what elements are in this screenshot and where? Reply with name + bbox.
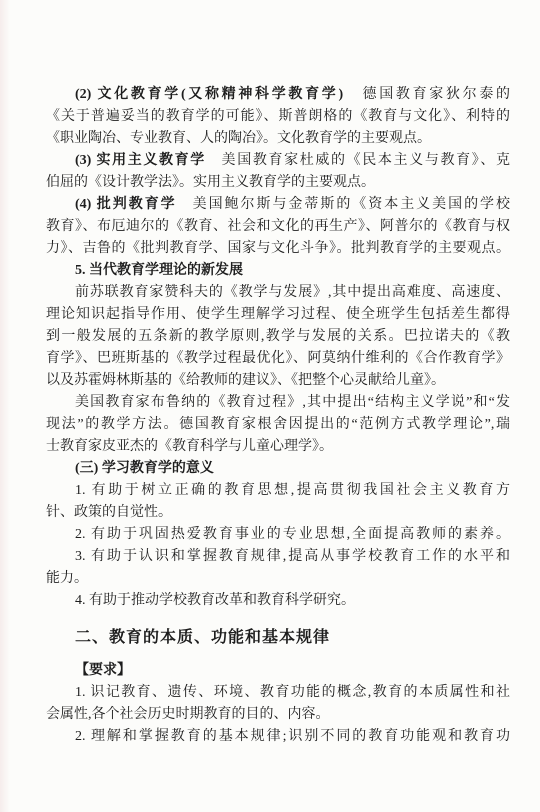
text-run: 3. 有助于认识和掌握教育规律,提高从事学校教育工作的水平和 <box>75 549 510 564</box>
text-line: 士教育家皮亚杰的《教育科学与儿童心理学》。 <box>46 436 510 458</box>
text-line: 会属性,各个社会历史时期教育的目的、内容。 <box>46 704 510 726</box>
text-run: 4. 有助于推动学校教育改革和教育科学研究。 <box>75 593 355 608</box>
text-line: 1. 有助于树立正确的教育思想,提高贯彻我国社会主义教育方 <box>46 480 510 502</box>
text-run: 理论知识起指导作用、使学生理解学习过程、使全班学生包括差生都得 <box>46 307 510 322</box>
text-run: 育学》、巴班斯基的《教学过程最优化》、阿莫纳什维利的《合作教育学》 <box>46 351 510 366</box>
text-line: 育学》、巴班斯基的《教学过程最优化》、阿莫纳什维利的《合作教育学》 <box>46 348 510 370</box>
text-run: 现法”的教学方法。德国教育家根舍因提出的“范例方式教学理论”,瑞 <box>46 417 510 432</box>
bold-text-run: 5. 当代教育学理论的新发展 <box>75 263 243 278</box>
page-text-block: (2) 文化教育学(又称精神科学教育学) 德国教育家狄尔泰的《关于普遍妥当的教育… <box>46 84 510 748</box>
text-line: 《职业陶冶、专业教育、人的陶冶》。文化教育学的主要观点。 <box>46 128 510 150</box>
text-line: 美国教育家布鲁纳的《教育过程》,其中提出“结构主义学说”和“发 <box>46 392 510 414</box>
text-line: 力》、吉鲁的《批判教育学、国家与文化斗争》。批判教育学的主要观点。 <box>46 238 510 260</box>
text-line: 教育》、布厄迪尔的《教育、社会和文化的再生产》、阿普尔的《教育与权 <box>46 216 510 238</box>
text-run: 美国教育家杜威的《民本主义与教育》、克 <box>206 153 510 168</box>
text-run: 力》、吉鲁的《批判教育学、国家与文化斗争》。批判教育学的主要观点。 <box>46 241 510 256</box>
text-line: 5. 当代教育学理论的新发展 <box>46 260 510 282</box>
text-run: 能力。 <box>46 571 88 586</box>
bold-text-run: 二、教育的本质、功能和基本规律 <box>75 629 330 646</box>
text-line: 伯屈的《设计教学法》。实用主义教育学的主要观点。 <box>46 172 510 194</box>
text-line: 4. 有助于推动学校教育改革和教育科学研究。 <box>46 590 510 612</box>
bold-text-run: 【要求】 <box>75 663 131 678</box>
text-line: 现法”的教学方法。德国教育家根舍因提出的“范例方式教学理论”,瑞 <box>46 414 510 436</box>
text-line: 《关于普遍妥当的教育学的可能》、斯普朗格的《教育与文化》、利特的 <box>46 106 510 128</box>
text-line: 3. 有助于认识和掌握教育规律,提高从事学校教育工作的水平和 <box>46 546 510 568</box>
text-line: (4) 批判教育学 美国鲍尔斯与金蒂斯的《资本主义美国的学校 <box>46 194 510 216</box>
text-line: 理论知识起指导作用、使学生理解学习过程、使全班学生包括差生都得 <box>46 304 510 326</box>
text-run: 士教育家皮亚杰的《教育科学与儿童心理学》。 <box>46 439 333 454</box>
text-run: 《职业陶冶、专业教育、人的陶冶》。文化教育学的主要观点。 <box>46 131 431 146</box>
bold-text-run: (2) 文化教育学(又称精神科学教育学) <box>75 87 343 102</box>
text-run: 到一般发展的五条新的教学原则,教学与发展的关系。巴拉诺夫的《教 <box>46 329 510 344</box>
text-run: 美国教育家布鲁纳的《教育过程》,其中提出“结构主义学说”和“发 <box>75 395 510 410</box>
text-line: 以及苏霍姆林斯基的《给教师的建议》、《把整个心灵献给儿童》。 <box>46 370 510 392</box>
text-line: 到一般发展的五条新的教学原则,教学与发展的关系。巴拉诺夫的《教 <box>46 326 510 348</box>
text-line: 针、政策的自觉性。 <box>46 502 510 524</box>
text-run: 《关于普遍妥当的教育学的可能》、斯普朗格的《教育与文化》、利特的 <box>46 109 510 124</box>
text-run: 美国鲍尔斯与金蒂斯的《资本主义美国的学校 <box>177 197 510 212</box>
text-run: 2. 理解和掌握教育的基本规律;识别不同的教育功能观和教育功 <box>75 729 510 744</box>
text-run: 针、政策的自觉性。 <box>46 505 172 520</box>
bold-text-run: (3) 实用主义教育学 <box>75 153 206 168</box>
text-line: 2. 有助于巩固热爱教育事业的专业思想,全面提高教师的素养。 <box>46 524 510 546</box>
text-run: 前苏联教育家赞科夫的《教学与发展》,其中提出高难度、高速度、 <box>75 285 510 300</box>
text-line: 1. 识记教育、遗传、环境、教育功能的概念,教育的本质属性和社 <box>46 682 510 704</box>
text-run: 德国教育家狄尔泰的 <box>343 87 510 102</box>
text-line: (2) 文化教育学(又称精神科学教育学) 德国教育家狄尔泰的 <box>46 84 510 106</box>
text-run: 2. 有助于巩固热爱教育事业的专业思想,全面提高教师的素养。 <box>75 527 510 542</box>
text-run: 1. 有助于树立正确的教育思想,提高贯彻我国社会主义教育方 <box>75 483 510 498</box>
text-line: 前苏联教育家赞科夫的《教学与发展》,其中提出高难度、高速度、 <box>46 282 510 304</box>
bold-text-run: (4) 批判教育学 <box>75 197 177 212</box>
text-line: (三) 学习教育学的意义 <box>46 458 510 480</box>
text-line: (3) 实用主义教育学 美国教育家杜威的《民本主义与教育》、克 <box>46 150 510 172</box>
text-line: 能力。 <box>46 568 510 590</box>
bold-text-run: (三) 学习教育学的意义 <box>75 461 214 476</box>
scanned-page: (2) 文化教育学(又称精神科学教育学) 德国教育家狄尔泰的《关于普遍妥当的教育… <box>0 0 540 812</box>
text-run: 伯屈的《设计教学法》。实用主义教育学的主要观点。 <box>46 175 375 190</box>
requirements-label: 【要求】 <box>46 660 510 682</box>
text-run: 1. 识记教育、遗传、环境、教育功能的概念,教育的本质属性和社 <box>75 685 510 700</box>
text-run: 以及苏霍姆林斯基的《给教师的建议》、《把整个心灵献给儿童》。 <box>46 373 445 388</box>
text-run: 教育》、布厄迪尔的《教育、社会和文化的再生产》、阿普尔的《教育与权 <box>46 219 510 234</box>
section-heading: 二、教育的本质、功能和基本规律 <box>46 626 510 650</box>
text-run: 会属性,各个社会历史时期教育的目的、内容。 <box>46 707 330 722</box>
text-line: 2. 理解和掌握教育的基本规律;识别不同的教育功能观和教育功 <box>46 726 510 748</box>
